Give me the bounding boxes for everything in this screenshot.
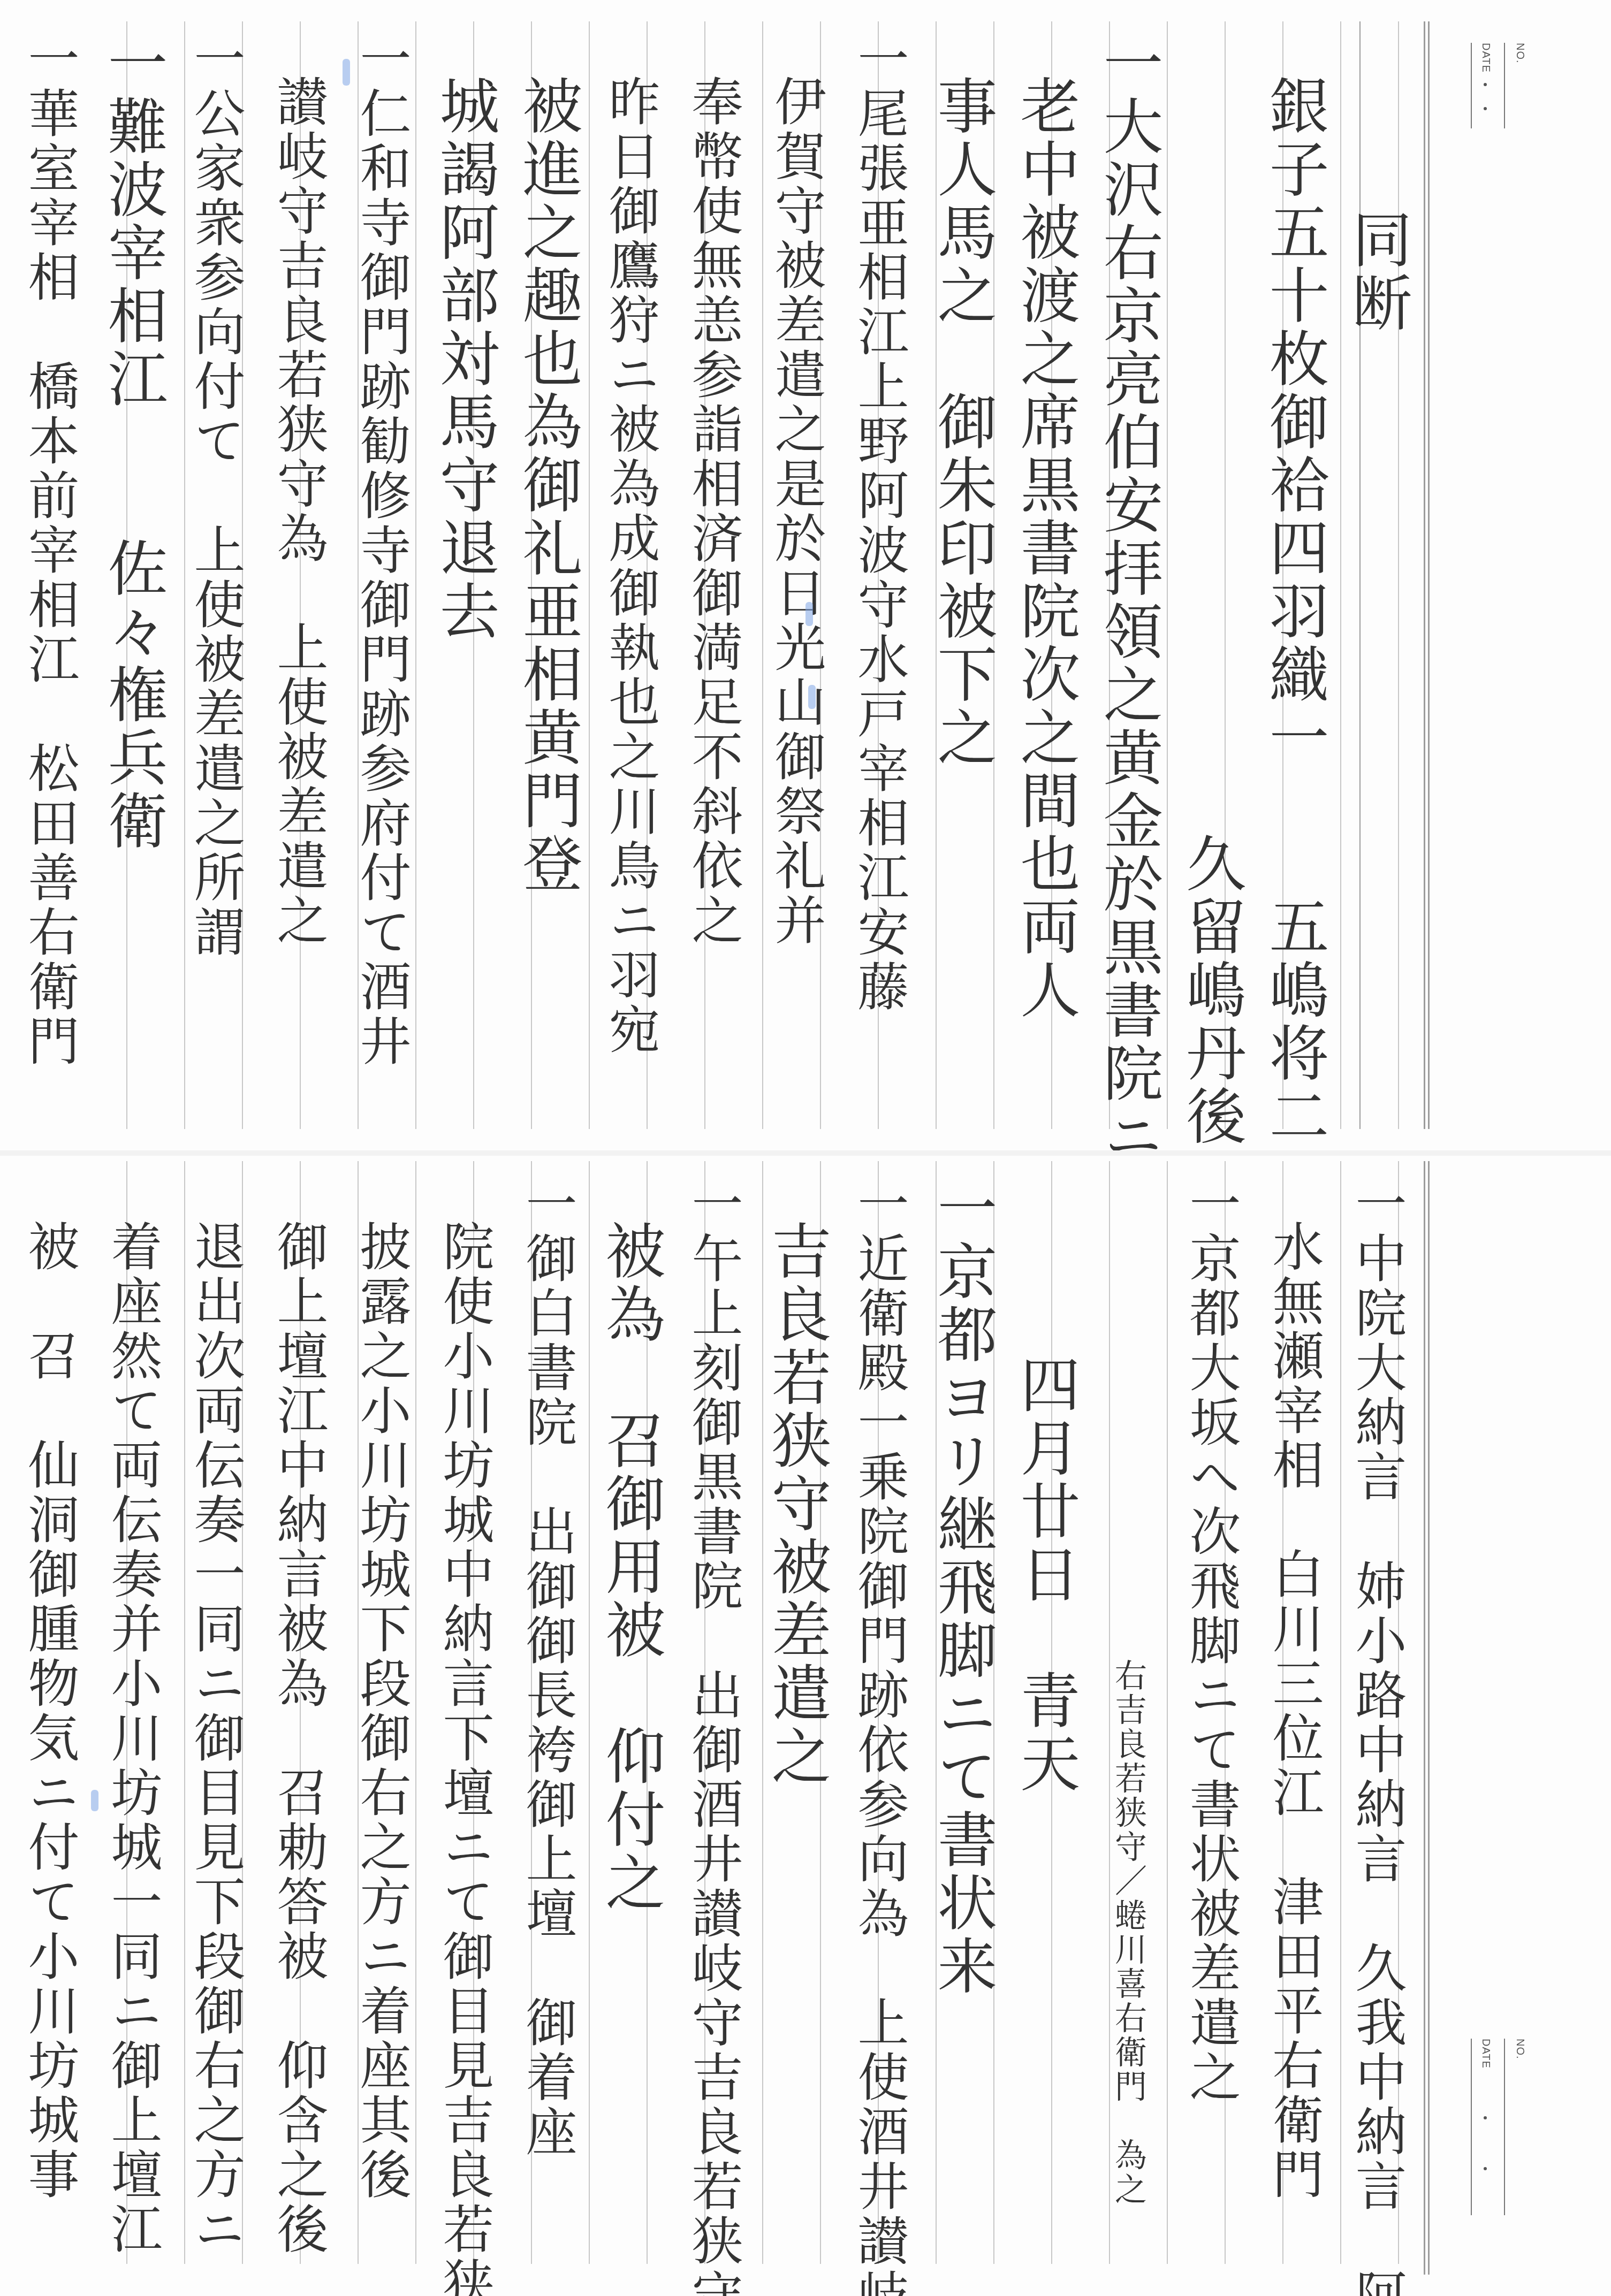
text-column: 老中被渡之席黒書院次之間也両人 [1004,32,1086,1118]
text-column: 院使小川坊城中納言下壇ニて御目見吉良若狭守 [423,1177,506,2264]
no-label: NO. [1514,2039,1526,2059]
date-label: DATE [1479,43,1492,73]
text-column: 一転法輪大納言 平松宰相 竹内三位江 下曽根三十郎 [0,32,8,1118]
text-column: 一仁和寺御門跡勧修寺御門跡参府付て酒井 [340,32,423,1118]
text-column: 一難波宰相江 佐々権兵衛 [91,32,174,1118]
text-column: 被為 召御用被 仰付之 [589,1177,672,2264]
page-header-fields: NO. DATE [1434,1156,1611,2296]
text-column: 一大沢右京亮伯安拝領之黄金於黒書院ニ [1086,32,1169,1118]
highlighter-mark [808,685,816,709]
highlighter-mark [806,602,813,626]
highlighter-mark [91,1790,98,1811]
no-field[interactable] [1504,2039,1505,2215]
text-column: 一近衛殿一乗院御門跡依参向為 上使酒井讃岐守 [838,1177,921,2264]
date-field[interactable] [1471,43,1472,128]
text-column: 城謁阿部対馬守退去 [423,32,506,1118]
text-column: 一御白書院 出御御長袴御上壇 御着座 [506,1177,589,2264]
text-column: 披露之小川坊城下段御右之方ニ着座其後 [340,1177,423,2264]
page-margin-double-rule [1424,21,1425,1129]
date-field[interactable] [1471,2039,1472,2215]
text-column: 被 召 仙洞御腫物気ニ付て小川坊城事 [8,1177,91,2264]
text-column-annotation: 右吉良若狭守／蜷川喜右衛門 為之 [1086,1177,1169,2264]
text-column: 一京都大坂へ次飛脚ニて書状被差遣之 [1169,1177,1252,2264]
text-column: 久留嶋丹後守 [1169,32,1252,1118]
page-gutter [0,1150,1611,1156]
text-column: 事人馬之 御朱印被下之 [921,32,1004,1118]
text-column: 同断 [1335,32,1418,1118]
vertical-text-columns: 一中院大納言 姉小路中納言 久我中納言 阿野宰相 水無瀬宰相 白川三位江 津田平… [64,1177,1418,2264]
text-column: 被進之趣也為御礼亜相黄門登 [506,32,589,1118]
date-separator-dot [1484,2116,1487,2119]
date-separator-dot [1484,83,1487,86]
text-column: 一華室宰相 橋本前宰相江 松田善右衛門 [8,32,91,1118]
text-column: 四月廿日 青天 [1004,1177,1086,2264]
text-column: 御用も可有之と 思召早々 御暇被遣之 [0,1177,8,2264]
notebook-page-bottom: NO. DATE 一中院大納言 姉小路中納言 久我中納言 阿野宰相 水無瀬宰相 … [0,1156,1611,2296]
text-column: 水無瀬宰相 白川三位江 津田平右衛門 [1252,1177,1335,2264]
text-column: 奉幣使無恙参詣相済御満足不斜依之 [672,32,755,1118]
text-column: 一公家衆参向付て 上使被差遣之所謂 [174,32,257,1118]
text-column: 着座然て両伝奏并小川坊城一同ニ御上壇江 [91,1177,174,2264]
highlighter-mark [343,59,350,86]
date-separator-dot [1484,107,1487,110]
vertical-text-columns: 同断 銀子五十枚御袷四羽織一 五嶋将二郎 久留嶋丹後守 一大沢右京亮伯安拝領之黄… [64,32,1418,1118]
notebook-page-top: NO. DATE 同断 銀子五十枚御袷四羽織一 五嶋将二郎 久留嶋丹後守 一大沢… [0,0,1611,1151]
text-column: 一尾張亜相江上野阿波守水戸宰相江安藤 [838,32,921,1118]
text-column: 退出次両伝奏一同ニ御目見下段御右之方ニ [174,1177,257,2264]
text-column: 一中院大納言 姉小路中納言 久我中納言 阿野宰相 [1335,1177,1418,2264]
date-separator-dot [1484,2167,1487,2170]
text-column: 御上壇江中納言被為 召勅答被 仰含之後 [257,1177,340,2264]
no-field[interactable] [1504,43,1505,128]
text-column: 一京都ヨリ継飛脚ニて書状来 [921,1177,1004,2264]
text-column: 伊賀守被差遣之是於日光山御祭礼并 [755,32,838,1118]
page-header-fields: NO. DATE [1434,0,1611,1150]
text-column: 讃岐守吉良若狭守為 上使被差遣之 [257,32,340,1118]
text-column: 銀子五十枚御袷四羽織一 五嶋将二郎 [1252,32,1335,1118]
page-margin-double-rule [1424,1161,1425,2275]
text-column: 昨日御鷹狩ニ被為成御執也之川鳥ニ羽宛 [589,32,672,1118]
text-column: 一午上刻御黒書院 出御酒井讃岐守吉良若狭守 [672,1177,755,2264]
date-label: DATE [1479,2039,1492,2069]
text-column: 吉良若狭守被差遣之 [755,1177,838,2264]
no-label: NO. [1514,43,1526,64]
